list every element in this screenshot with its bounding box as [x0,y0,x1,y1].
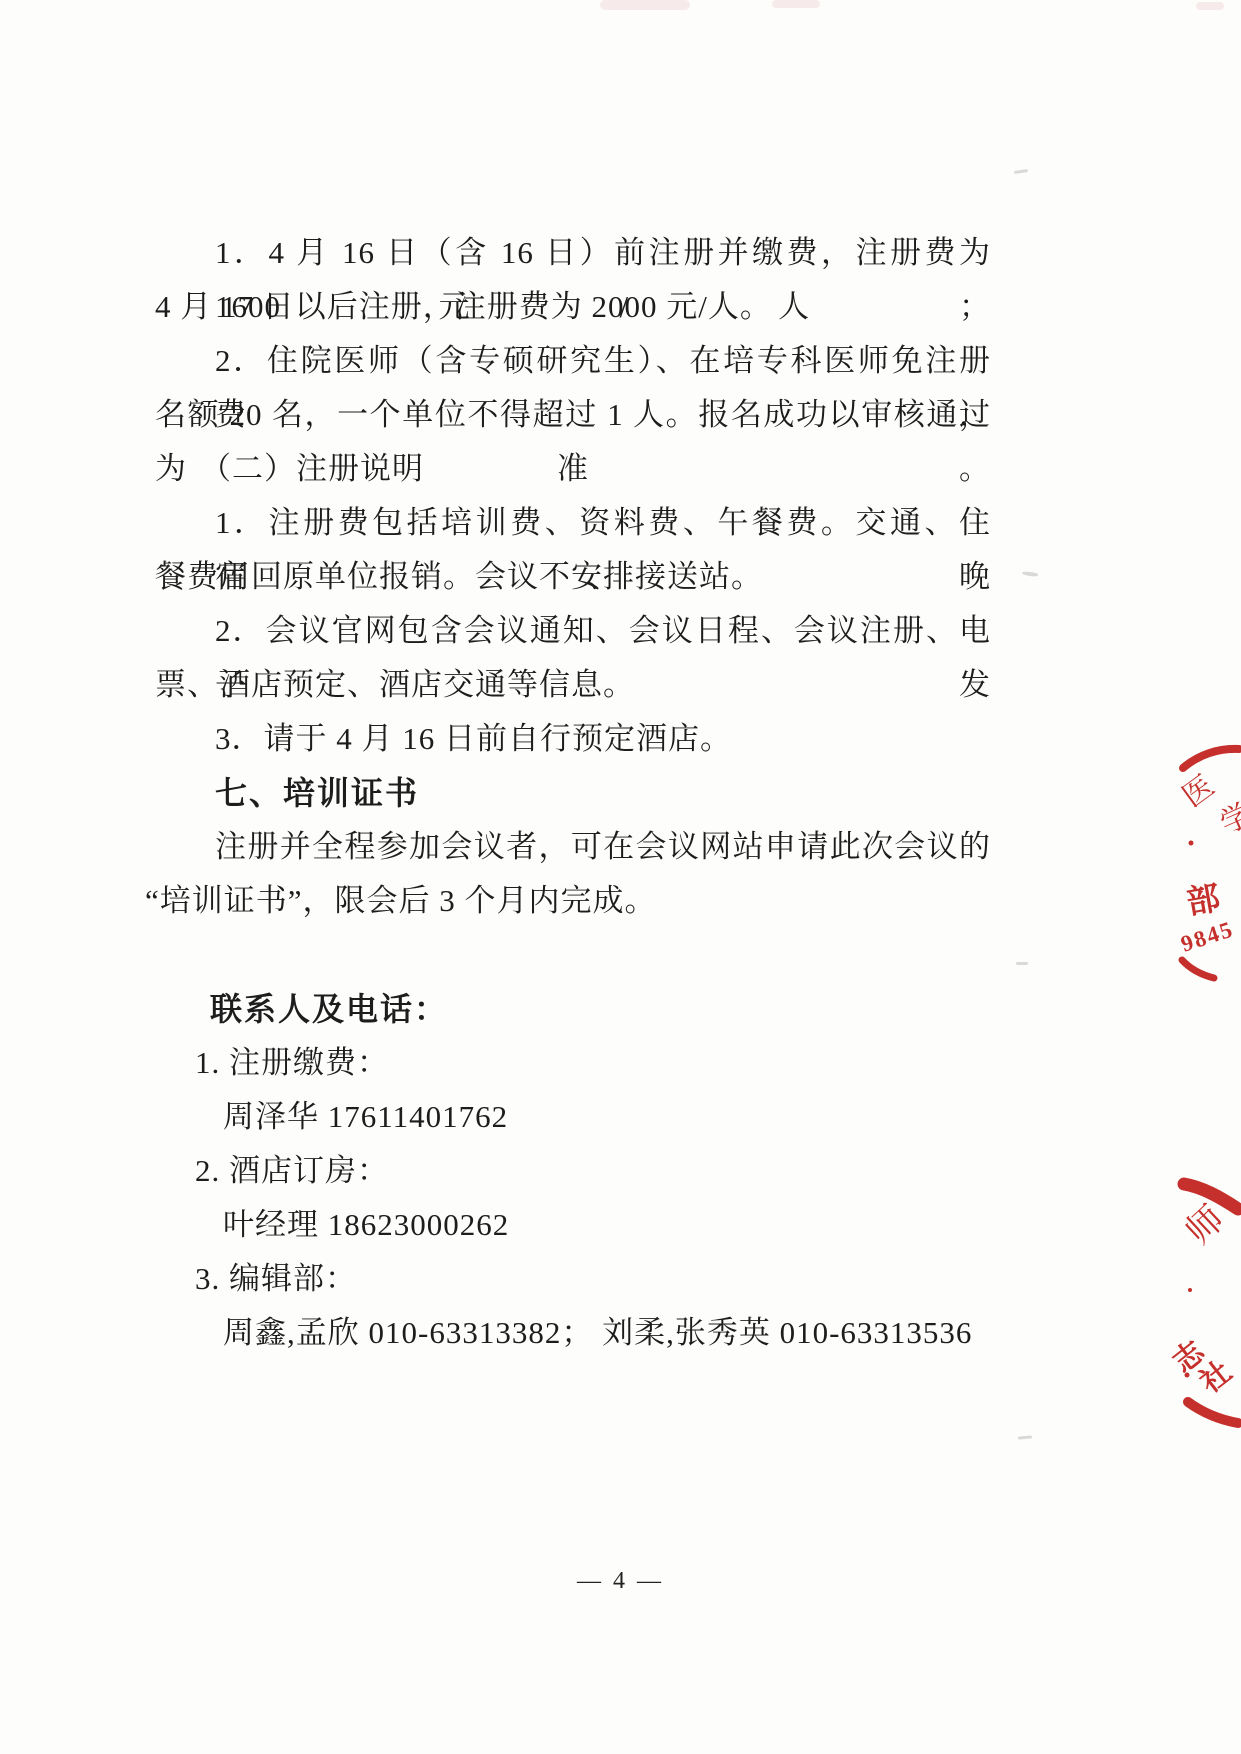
contact-phone-registration: 周泽华 17611401762 [155,1090,991,1144]
para-free-reg-line2: 名额 20 名，一个单位不得超过 1 人。报名成功以审核通过为准。 [155,388,991,442]
stamp-dot [1188,1288,1192,1292]
stamp-char: 学 [1215,798,1241,840]
para-certificate-line1: 注册并全程参加会议者，可在会议网站申请此次会议的 [155,820,991,874]
stamp-arc [1188,1402,1238,1423]
scan-artifact [1022,571,1038,577]
heading-contacts: 联系人及电话： [155,982,991,1036]
para-certificate-line2: “培训证书”，限会后 3 个月内完成。 [145,874,991,928]
red-stamp-upper: 医 学 部 9845 [1180,742,1241,982]
scan-artifact [600,0,690,10]
para-fee-line1: 1．4 月 16 日（含 16 日）前注册并缴费，注册费为 1600 元/人； [155,226,991,280]
contact-phone-hotel: 叶经理 18623000262 [155,1198,991,1252]
stamp-char: 部 [1184,880,1223,922]
para-free-reg-line1: 2．住院医师（含专硕研究生）、在培专科医师免注册费， [155,334,991,388]
page-number: — 4 — [0,1568,1241,1595]
scan-artifact [1016,962,1028,965]
para-note2-line1: 2．会议官网包含会议通知、会议日程、会议注册、电子发 [155,604,991,658]
scanned-document-page: 1．4 月 16 日（含 16 日）前注册并缴费，注册费为 1600 元/人； … [0,0,1241,1754]
stamp-digits: 9845 [1178,916,1237,956]
stamp-char: 医 [1177,769,1221,813]
heading-training-certificate: 七、培训证书 [155,766,991,820]
scan-artifact [1196,2,1224,10]
scan-artifact [1018,1435,1032,1439]
scan-artifact [772,0,820,8]
contact-item-hotel: 2. 酒店订房： [155,1144,991,1198]
red-stamp-lower: 师 志 社 [1180,1172,1241,1427]
contact-item-editorial: 3. 编辑部： [155,1252,991,1306]
document-body: 1．4 月 16 日（含 16 日）前注册并缴费，注册费为 1600 元/人； … [155,226,991,1360]
contact-phone-editorial: 周鑫,孟欣 010-63313382； 刘柔,张秀英 010-63313536 [155,1306,991,1360]
para-note1-line1: 1．注册费包括培训费、资料费、午餐费。交通、住宿、晚 [155,496,991,550]
stamp-arc [1183,749,1239,768]
stamp-arc [1182,960,1214,978]
contact-item-registration: 1. 注册缴费： [155,1036,991,1090]
para-note3: 3．请于 4 月 16 日前自行预定酒店。 [155,712,991,766]
scan-artifact [1014,169,1028,174]
stamp-dot [1189,841,1194,846]
